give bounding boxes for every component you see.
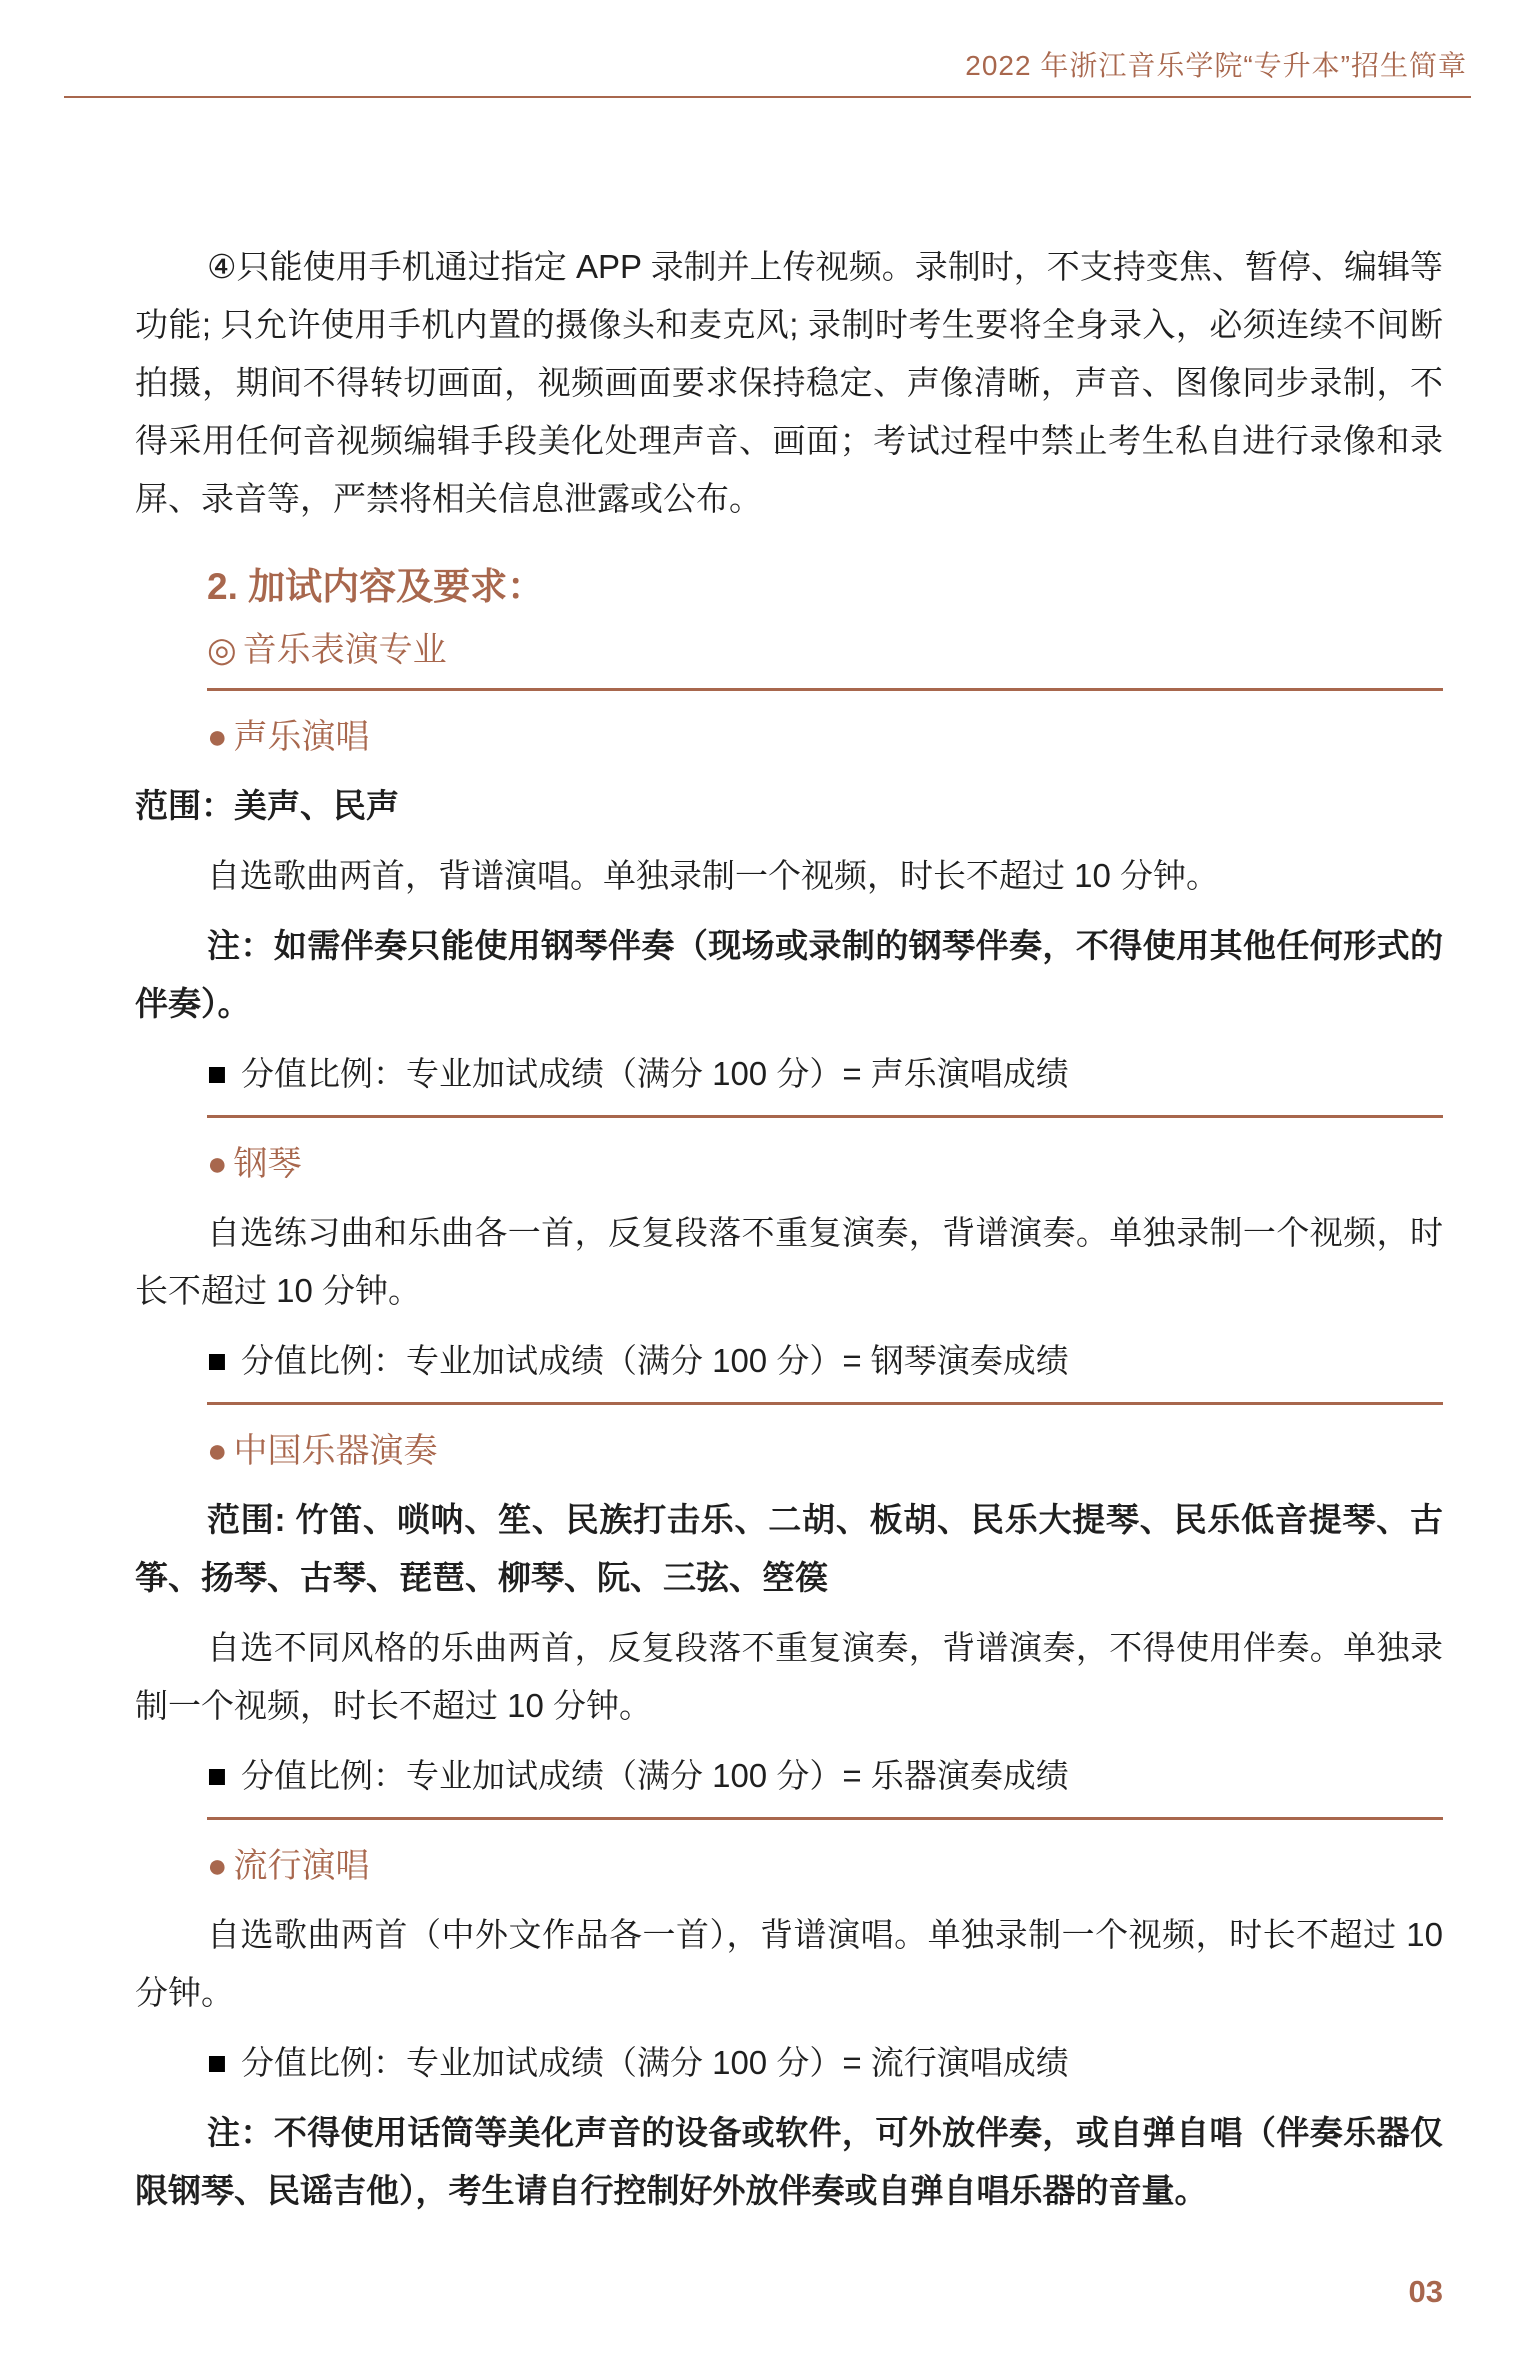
section-divider: [207, 688, 1443, 691]
subsection-chinese-instruments: ●中国乐器演奏 范围: 竹笛、唢呐、笙、民族打击乐、二胡、板胡、民乐大提琴、民乐…: [135, 1423, 1443, 1820]
circle-bullet-icon: ●: [207, 1145, 228, 1183]
page-body: ④只能使用手机通过指定 APP 录制并上传视频。录制时，不支持变焦、暂停、编辑等…: [0, 98, 1535, 2220]
major-heading-label: 音乐表演专业: [243, 631, 447, 669]
subsection-title: ●声乐演唱: [135, 709, 1443, 765]
subsection-title-label: 声乐演唱: [234, 718, 370, 756]
circle-bullet-icon: ●: [207, 1432, 228, 1470]
major-heading: ◎音乐表演专业: [135, 624, 1443, 676]
section-divider: [207, 1115, 1443, 1118]
diamond-bullet-icon: ◎: [207, 631, 237, 669]
section-divider: [207, 1402, 1443, 1405]
range-line: 范围：美声、民声: [135, 777, 1443, 835]
subsection-piano: ●钢琴 自选练习曲和乐曲各一首，反复段落不重复演奏，背谱演奏。单独录制一个视频，…: [135, 1136, 1443, 1405]
subsection-pop-vocal: ●流行演唱 自选歌曲两首（中外文作品各一首），背谱演唱。单独录制一个视频，时长不…: [135, 1838, 1443, 2220]
square-bullet-icon: ■: [207, 2044, 227, 2081]
note-paragraph: 注：不得使用话筒等美化声音的设备或软件，可外放伴奏，或自弹自唱（伴奏乐器仅限钢琴…: [135, 2104, 1443, 2220]
subsection-title: ●中国乐器演奏: [135, 1423, 1443, 1479]
subsection-vocal: ●声乐演唱 范围：美声、民声 自选歌曲两首，背谱演唱。单独录制一个视频，时长不超…: [135, 709, 1443, 1118]
section-divider: [207, 1817, 1443, 1820]
circle-bullet-icon: ●: [207, 1847, 228, 1885]
circle-bullet-icon: ●: [207, 718, 228, 756]
score-line: ■分值比例：专业加试成绩（满分 100 分）= 乐器演奏成绩: [135, 1747, 1443, 1805]
score-line-label: 分值比例：专业加试成绩（满分 100 分）= 钢琴演奏成绩: [241, 1342, 1069, 1379]
document-title: 2022 年浙江音乐学院“专升本”招生简章: [965, 50, 1467, 81]
score-line-label: 分值比例：专业加试成绩（满分 100 分）= 流行演唱成绩: [241, 2044, 1069, 2081]
body-paragraph: 自选歌曲两首，背谱演唱。单独录制一个视频，时长不超过 10 分钟。: [135, 847, 1443, 905]
page-number: 03: [1409, 2274, 1443, 2310]
document-page: 2022 年浙江音乐学院“专升本”招生简章 ④只能使用手机通过指定 APP 录制…: [0, 0, 1535, 2362]
score-line: ■分值比例：专业加试成绩（满分 100 分）= 声乐演唱成绩: [135, 1045, 1443, 1103]
subsection-title: ●钢琴: [135, 1136, 1443, 1192]
subsection-title-label: 钢琴: [234, 1145, 302, 1183]
score-line-label: 分值比例：专业加试成绩（满分 100 分）= 乐器演奏成绩: [241, 1757, 1069, 1794]
score-line-label: 分值比例：专业加试成绩（满分 100 分）= 声乐演唱成绩: [241, 1055, 1069, 1092]
page-header: 2022 年浙江音乐学院“专升本”招生简章: [64, 0, 1471, 98]
square-bullet-icon: ■: [207, 1055, 227, 1092]
body-paragraph: 自选练习曲和乐曲各一首，反复段落不重复演奏，背谱演奏。单独录制一个视频，时长不超…: [135, 1204, 1443, 1320]
square-bullet-icon: ■: [207, 1757, 227, 1794]
body-paragraph: 自选不同风格的乐曲两首，反复段落不重复演奏，背谱演奏，不得使用伴奏。单独录制一个…: [135, 1619, 1443, 1735]
body-paragraph: 自选歌曲两首（中外文作品各一首），背谱演唱。单独录制一个视频，时长不超过 10 …: [135, 1906, 1443, 2022]
subsection-title-label: 流行演唱: [234, 1847, 370, 1885]
subsection-title: ●流行演唱: [135, 1838, 1443, 1894]
section-heading: 2. 加试内容及要求：: [135, 562, 1443, 612]
intro-paragraph: ④只能使用手机通过指定 APP 录制并上传视频。录制时，不支持变焦、暂停、编辑等…: [135, 238, 1443, 528]
square-bullet-icon: ■: [207, 1342, 227, 1379]
score-line: ■分值比例：专业加试成绩（满分 100 分）= 钢琴演奏成绩: [135, 1332, 1443, 1390]
subsection-title-label: 中国乐器演奏: [234, 1432, 438, 1470]
range-line: 范围: 竹笛、唢呐、笙、民族打击乐、二胡、板胡、民乐大提琴、民乐低音提琴、古筝、…: [135, 1491, 1443, 1607]
note-paragraph: 注：如需伴奏只能使用钢琴伴奏（现场或录制的钢琴伴奏，不得使用其他任何形式的伴奏）…: [135, 917, 1443, 1033]
score-line: ■分值比例：专业加试成绩（满分 100 分）= 流行演唱成绩: [135, 2034, 1443, 2092]
